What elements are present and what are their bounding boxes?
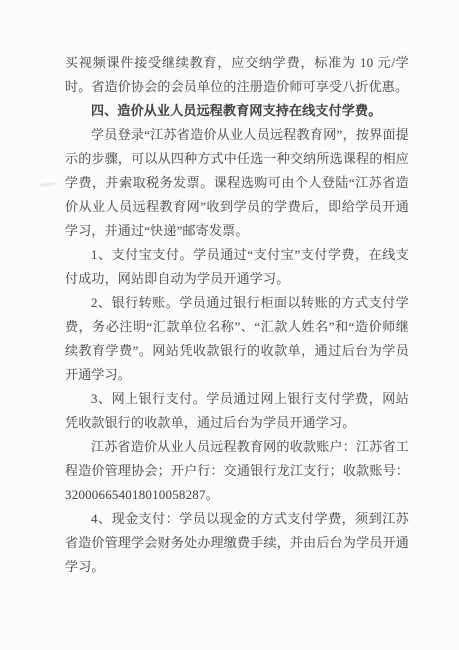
section-heading-online-payment: 四、造价从业人员远程教育网支持在线支付学费。: [65, 99, 409, 123]
paragraph-alipay-payment: 1、支付宝支付。学员通过“支付宝”支付学费，在线支付成功，网站即自动为学员开通学…: [65, 243, 409, 291]
paragraph-online-banking: 3、网上银行支付。学员通过网上银行支付学费，网站凭收款银行的收款单，通过后台为学…: [65, 387, 409, 435]
paragraph-login-instructions: 学员登录“江苏省造价从业人员远程教育网”，按界面提示的步骤，可以从四种方式中任选…: [65, 123, 409, 243]
paragraph-bank-transfer: 2、银行转账。学员通过银行柜面以转账的方式支付学费，务必注明“汇款单位名称”、“…: [65, 291, 409, 387]
scanned-document-page: 买视频课件接受继续教育，应交纳学费，标准为 10 元/学时。省造价协会的会员单位…: [0, 0, 459, 650]
paragraph-cash-payment: 4、现金支付：学员以现金的方式支付学费，须到江苏省造价管理学会财务处办理缴费手续…: [65, 507, 409, 579]
paragraph-fee-standard: 买视频课件接受继续教育，应交纳学费，标准为 10 元/学时。省造价协会的会员单位…: [65, 51, 409, 99]
scan-smudge-artifact: [40, 182, 56, 187]
document-text-block: 买视频课件接受继续教育，应交纳学费，标准为 10 元/学时。省造价协会的会员单位…: [65, 51, 409, 579]
paragraph-remittance-account-info: 江苏省造价从业人员远程教育网的收款账户：江苏省工程造价管理协会；开户行：交通银行…: [65, 435, 409, 507]
